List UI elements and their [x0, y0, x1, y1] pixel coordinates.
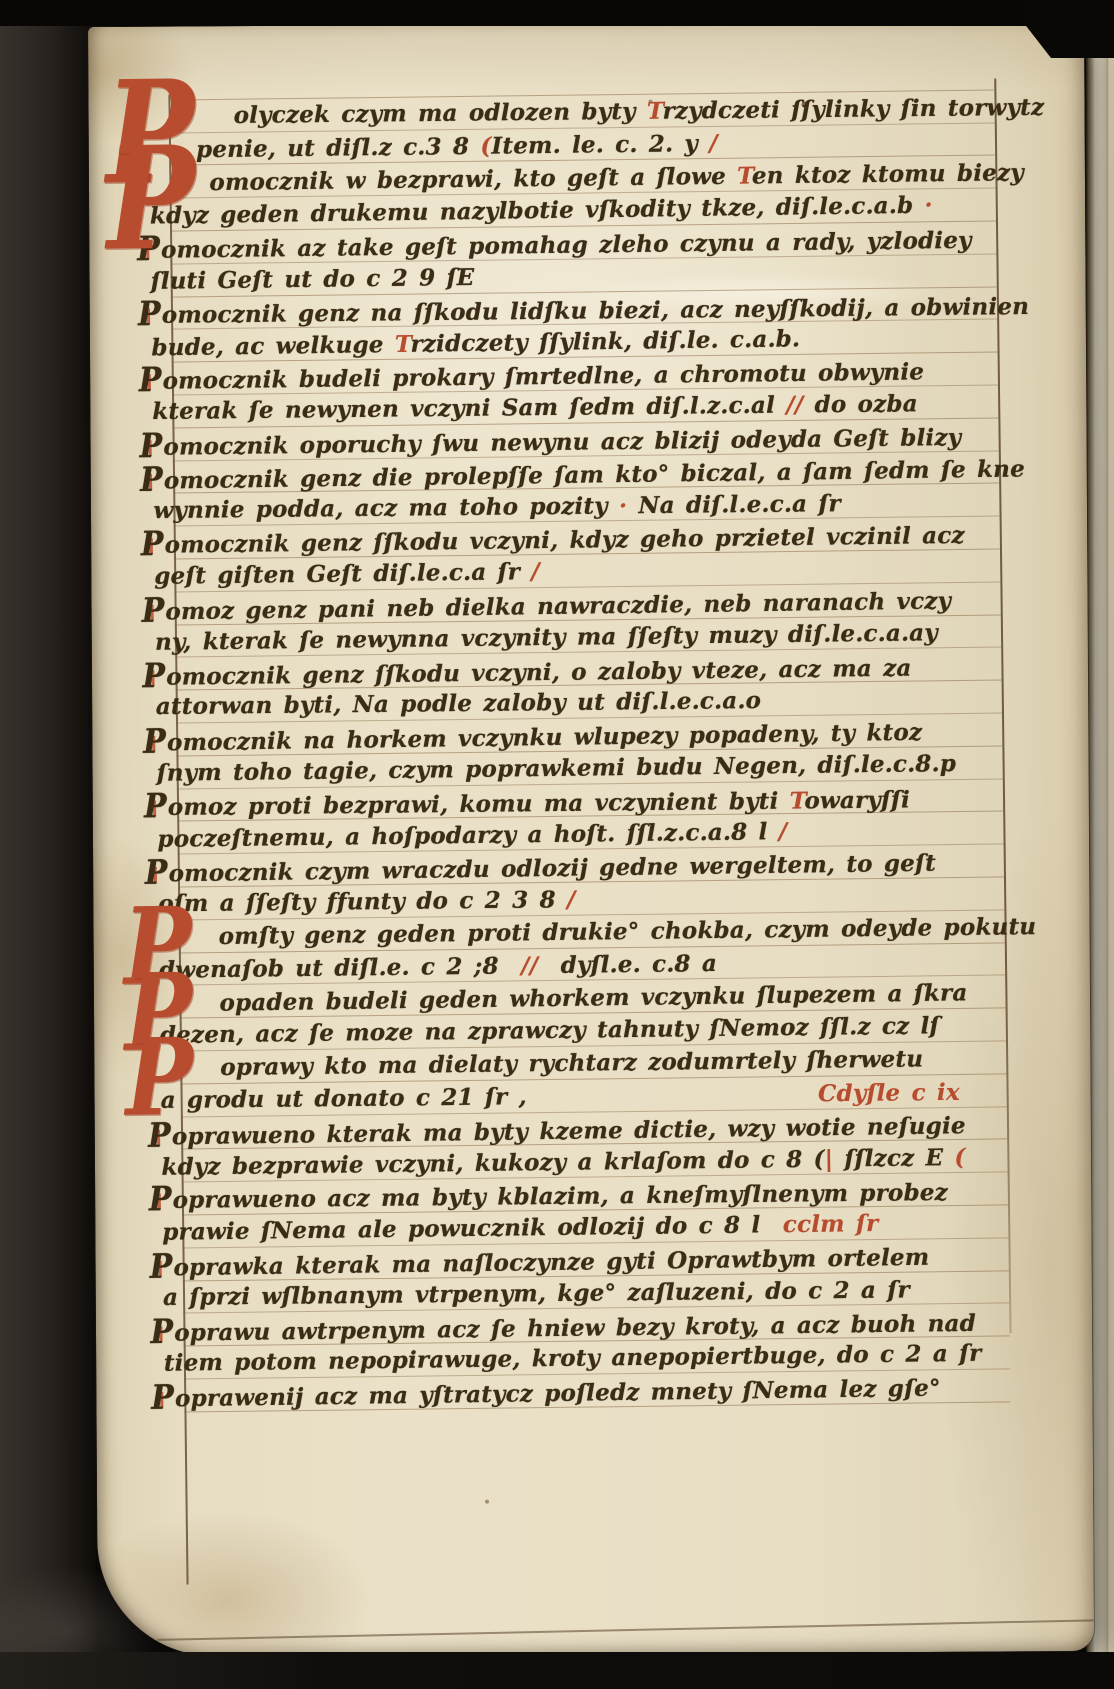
ink-text: oprawenij acz ma yſtratycz poſledz mnety…	[175, 1375, 941, 1413]
ink-text: Item. le. c. 2. y	[491, 130, 709, 160]
rubricated-text: /	[531, 558, 540, 585]
ink-text: omocznik w bezprawi, kto geſt a ſlowe	[209, 162, 737, 195]
ink-text: a ſprzi wſlbnanym vtrpenym, kge° zaſluze…	[163, 1276, 910, 1311]
ink-text: ſluti Geſt ut do c 2 9 ſE	[150, 264, 474, 295]
rubricated-text: //	[786, 392, 803, 419]
text-line: ſluti Geſt ut do c 2 9 ſE	[150, 263, 474, 300]
ink-text: omocznik genz ſſkodu vczyni, kdyz geho p…	[164, 522, 964, 559]
ink-text: owaryſſi	[804, 786, 910, 814]
ink-text: oprawy kto ma dielaty rychtarz zodumrtel…	[220, 1046, 923, 1082]
rubric-initial: P	[125, 1033, 194, 1124]
text-block: olyczek czym ma odlozen byty Trzydczeti …	[88, 21, 1094, 1657]
ink-text: omocznik czym wraczdu odlozij gedne werg…	[168, 850, 936, 888]
ink-text: geſt giſten Geſt diſ.le.c.a ſr	[154, 558, 531, 590]
rubricated-text: (	[480, 132, 491, 159]
text-line: oſm a ſſeſty ffunty do c 2 3 8 /	[158, 885, 576, 922]
rubricated-text: |	[825, 1145, 834, 1172]
ink-text: omocznik az take geſt pomahag zleho czyn…	[161, 227, 972, 264]
page-bottom-rule	[157, 1619, 1094, 1640]
ink-text: P	[140, 464, 163, 497]
rubricated-text: /	[709, 130, 718, 157]
ink-text: wynnie podda, acz ma toho pozity	[153, 492, 619, 524]
ink-text: P	[141, 528, 164, 561]
rubricated-text: T	[395, 330, 411, 357]
ink-text: dwenaſob ut diſl.e. c 2 ;8	[159, 952, 521, 983]
ink-text: rzydczeti ſſylinky ſin torwytz	[662, 94, 1044, 125]
ink-text: P	[144, 790, 167, 823]
rubric-initial: P	[106, 138, 196, 259]
ink-text: P	[139, 364, 162, 397]
ink-text: do ozba	[803, 390, 918, 418]
rubricated-text: //	[521, 952, 539, 979]
ink-text: rzidczety ſſylink, diſ.le. c.a.b.	[410, 325, 800, 357]
text-line: olyczek czym ma odlozen byty Trzydczeti …	[233, 93, 1044, 134]
book-gutter-shadow	[0, 0, 96, 1689]
ink-text: P	[143, 726, 166, 759]
ink-text: omocznik genz na ſſkodu lidſku biezi, ac…	[162, 293, 1030, 329]
ink-text: P	[141, 595, 164, 628]
rubricated-text: T	[790, 787, 805, 814]
ink-text: poczeſtnemu, a hoſpodarzy a hoſt. ſſl.z.…	[157, 818, 779, 853]
rubricated-text: ·	[619, 492, 627, 519]
text-line: geſt giſten Geſt diſ.le.c.a ſr /	[154, 557, 540, 595]
ink-text: kdyz bezprawie vczyni, kukozy a krlaſom …	[161, 1145, 825, 1180]
ink-text: penie, ut diſl.z c.3 8	[196, 133, 481, 163]
rubricated-text: ·	[924, 192, 933, 219]
ink-text: P	[151, 1382, 174, 1415]
photo-top-edge	[0, 0, 1114, 26]
ink-text: P	[142, 660, 165, 693]
text-line: Pomoz proti bezprawi, komu ma vczynient …	[157, 783, 910, 824]
margin-rule-right	[994, 78, 1011, 1333]
rubricated-text: Cdyſle c ix	[818, 1079, 960, 1107]
ink-text: P	[149, 1184, 172, 1217]
ink-text: oſm a ſſeſty ffunty do c 2 3 8	[158, 886, 567, 917]
ink-text: P	[139, 430, 162, 463]
ink-text: en ktoz ktomu biezy	[752, 159, 1024, 189]
ink-text: P	[149, 1251, 172, 1284]
ink-text: bude, ac welkuge	[151, 331, 395, 361]
ink-text: omoz proti bezprawi, komu ma vczynient b…	[168, 787, 790, 820]
rubricated-text: /	[567, 886, 576, 913]
ink-text: P	[150, 1316, 173, 1349]
manuscript-page: olyczek czym ma odlozen byty Trzydczeti …	[88, 21, 1094, 1657]
ink-text: ſſlzcz E	[833, 1144, 955, 1172]
ink-text: kterak ſe newynen vczyni Sam ſedm diſ.l.…	[152, 392, 786, 425]
ink-text: P	[138, 298, 161, 331]
photo-bottom-edge	[0, 1652, 1114, 1689]
manuscript-photo: olyczek czym ma odlozen byty Trzydczeti …	[0, 0, 1114, 1689]
rubricated-text: /	[779, 818, 788, 845]
ink-text: omocznik genz ſſkodu vczyni, o zaloby vt…	[166, 654, 912, 690]
ink-text: prawie ſNema ale powucznik odlozij do c …	[162, 1211, 783, 1246]
ink-text: dyſl.e. c.8 a	[538, 950, 717, 979]
rubricated-text: cclm ſr	[783, 1210, 879, 1238]
ink-text: olyczek czym ma odlozen byty	[233, 98, 647, 129]
rubricated-text: T	[647, 98, 663, 125]
ink-text: Na diſ.l.e.c.a ſr	[627, 490, 841, 519]
rubricated-text: T	[737, 162, 752, 189]
ink-text: a grodu ut donato c 21 ſr ,	[161, 1080, 819, 1114]
ink-text: attorwan byti, Na podle zaloby ut diſ.l.…	[156, 687, 762, 720]
rubricated-text: (	[954, 1144, 965, 1171]
